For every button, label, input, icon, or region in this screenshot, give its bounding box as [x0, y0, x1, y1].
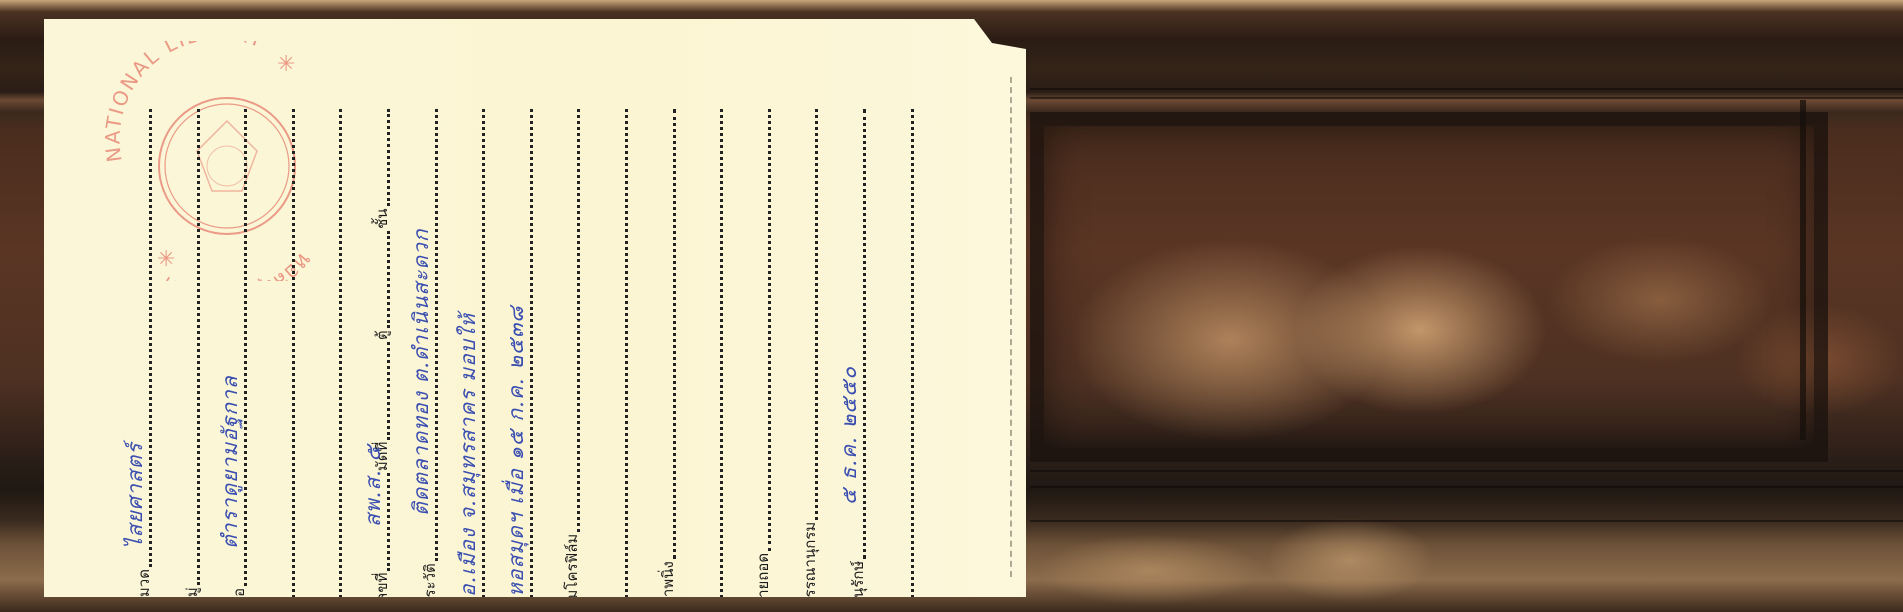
- card-field-row: ภาพนิ่ง: [646, 107, 684, 597]
- field-dotted-line: [768, 109, 771, 551]
- card-field-row: เลขที่มัดที่ตู้ชั้นสพ.ส. ๕: [360, 107, 398, 597]
- card-field-row: อนุรักษ์๕ ธ.ค. ๒๕๕๐: [836, 107, 874, 597]
- card-field-row: อ.เมือง จ.สมุทรสาคร มอบให้: [455, 107, 493, 597]
- field-dotted-line: [339, 109, 342, 597]
- card-field-row: [693, 107, 731, 597]
- card-field-row: หอสมุดฯ เมื่อ ๑๕ ก.ค. ๒๕๓๘: [503, 107, 541, 597]
- card-field-row: หมู่: [170, 107, 208, 597]
- cover-grain-line: [1030, 97, 1903, 99]
- field-label: อนุรักษ์: [846, 561, 874, 597]
- card-perforation: [1010, 77, 1012, 577]
- handwritten-value: ตำราดูยามอัฐกาล: [214, 375, 247, 549]
- card-field-row: [265, 107, 303, 597]
- field-dotted-line: [387, 342, 390, 439]
- field-dotted-line: [387, 231, 390, 328]
- field-label: ประวัติ: [418, 563, 446, 597]
- handwritten-value: สพ.ส. ๕: [357, 445, 390, 527]
- card-field-row: หมวดไสยศาสตร์: [122, 107, 160, 597]
- field-sub-label: ชั้น: [370, 208, 398, 228]
- card-field-row: [598, 107, 636, 597]
- handwritten-value: ๕ ธ.ค. ๒๕๕๐: [833, 366, 866, 505]
- handwritten-value: ไสยศาสตร์: [119, 442, 152, 549]
- card-field-row: บรรณานุกรม: [788, 107, 826, 597]
- cover-grain-line: [1030, 470, 1903, 472]
- card-field-row: ถ่ายถอด: [741, 107, 779, 597]
- field-dotted-line: [815, 109, 818, 520]
- cover-grain-line: [1030, 88, 1903, 90]
- cover-grain-line: [1030, 520, 1903, 522]
- field-label: หมวด: [132, 569, 160, 597]
- field-dotted-line: [577, 109, 580, 532]
- handwritten-value: หอสมุดฯ เมื่อ ๑๕ ก.ค. ๒๕๓๘: [500, 305, 533, 597]
- field-label: บรรณานุกรม: [798, 522, 826, 597]
- field-dotted-line: [911, 109, 914, 597]
- field-dotted-line: [673, 109, 676, 559]
- field-dotted-line: [292, 109, 295, 597]
- field-label: ไมโครฟิล์ม: [560, 534, 588, 597]
- field-label: ภาพนิ่ง: [656, 561, 684, 597]
- card-field-row: ประวัติติดตลาดทอง ต.ดำเนินสะดวก: [408, 107, 446, 597]
- cover-grain-line: [1030, 486, 1903, 488]
- handwritten-value: อ.เมือง จ.สมุทรสาคร มอบให้: [452, 313, 485, 597]
- catalog-card: หอสมุดแห่งชาติ NATIONAL LIBRARY ✳ ✳ หมวด…: [44, 19, 1026, 597]
- card-field-row: ชื่อตำราดูยามอัฐกาล: [217, 107, 255, 597]
- field-dotted-line: [387, 109, 390, 206]
- field-label: หมู่: [180, 587, 208, 597]
- field-label: ถ่ายถอด: [751, 553, 779, 597]
- card-field-row: [884, 107, 922, 597]
- card-field-row: ไมโครฟิล์ม: [550, 107, 588, 597]
- svg-text:✳: ✳: [277, 52, 295, 77]
- handwritten-value: ติดตลาดทอง ต.ดำเนินสะดวก: [405, 229, 438, 516]
- card-field-row: [312, 107, 350, 597]
- field-dotted-line: [720, 109, 723, 597]
- field-dotted-line: [625, 109, 628, 597]
- field-dotted-line: [197, 109, 200, 585]
- field-label: เลขที่: [370, 573, 398, 597]
- field-label: ชื่อ: [227, 588, 255, 597]
- field-sub-label: ตู้: [370, 330, 398, 340]
